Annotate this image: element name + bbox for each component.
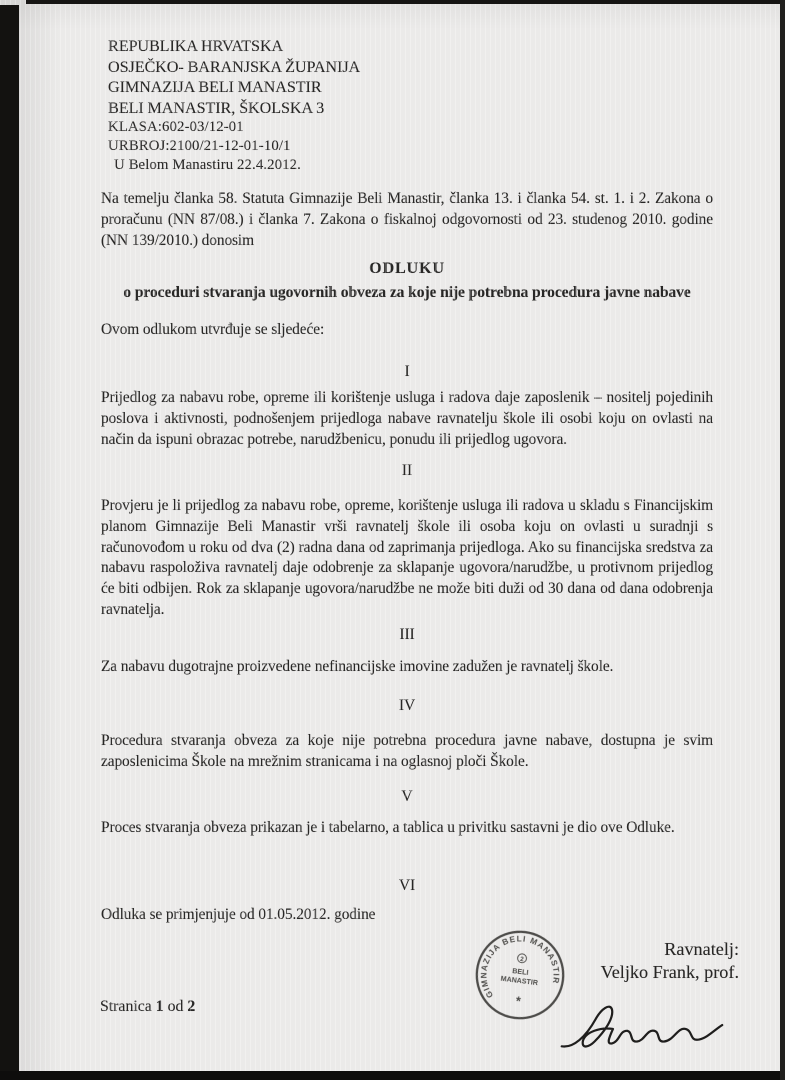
section-text-1: Prijedlog za nabavu robe, opreme ili kor…: [101, 388, 713, 450]
footer-separator: od: [168, 998, 184, 1015]
footer-total-pages: 2: [187, 998, 195, 1015]
section-numeral-1: I: [101, 362, 713, 383]
section-text-6: Odluka se primjenjuje od 01.05.2012. god…: [101, 905, 713, 926]
document-subtitle: o proceduri stvaranja ugovornih obveza z…: [101, 283, 713, 304]
signatory-role: Ravnatelj:: [601, 938, 739, 961]
section-text-3: Za nabavu dugotrajne proizvedene nefinan…: [101, 657, 713, 678]
letterhead-institution: GIMNAZIJA BELI MANASTIR: [108, 77, 720, 98]
document-title: ODLUKU: [101, 258, 713, 279]
section-numeral-4: IV: [101, 696, 713, 717]
footer-current-page: 1: [156, 998, 164, 1015]
letterhead-address: BELI MANASTIR, ŠKOLSKA 3: [108, 98, 720, 119]
scan-border-bottom: [0, 1071, 785, 1080]
stamp-center-line1: BELI: [512, 967, 529, 977]
section-numeral-2: II: [101, 461, 713, 482]
place-and-date: U Belom Manastiru 22.4.2012.: [108, 156, 720, 175]
scan-border-right: [780, 0, 785, 1080]
intro-line: Ovom odlukom utvrđuje se sljedeće:: [101, 320, 713, 341]
section-text-4: Procedura stvaranja obveza za koje nije …: [101, 731, 713, 773]
section-text-2: Provjeru je li prijedlog za nabavu robe,…: [101, 496, 713, 621]
urbroj-number: URBROJ:2100/21-12-01-10/1: [108, 137, 720, 156]
section-text-5: Proces stvaranja obveza prikazan je i ta…: [101, 818, 713, 839]
letterhead-country: REPUBLIKA HRVATSKA: [108, 36, 720, 57]
stamp-bottom-star: *: [515, 994, 522, 1009]
page-footer: Stranica 1 od 2: [100, 998, 195, 1016]
klasa-number: KLASA:602-03/12-01: [108, 118, 720, 137]
signature-block: Ravnatelj: Veljko Frank, prof.: [601, 938, 739, 983]
footer-label: Stranica: [100, 998, 152, 1015]
letterhead-county: OSJEČKO- BARANJSKA ŽUPANIJA: [108, 57, 720, 78]
section-numeral-3: III: [101, 625, 713, 646]
section-numeral-6: VI: [101, 876, 713, 897]
section-numeral-5: V: [101, 787, 713, 808]
stamp-center-line2: MANASTIR: [500, 975, 538, 988]
signatory-name: Veljko Frank, prof.: [601, 961, 739, 984]
letterhead: REPUBLIKA HRVATSKA OSJEČKO- BARANJSKA ŽU…: [108, 36, 720, 175]
scanned-document-page: REPUBLIKA HRVATSKA OSJEČKO- BARANJSKA ŽU…: [0, 0, 785, 1080]
legal-preamble: Na temelju članka 58. Statuta Gimnazije …: [101, 189, 713, 251]
signature-handwriting: [551, 998, 731, 1056]
scan-border-top: [26, 0, 785, 4]
scan-border-left: [0, 5, 19, 1080]
